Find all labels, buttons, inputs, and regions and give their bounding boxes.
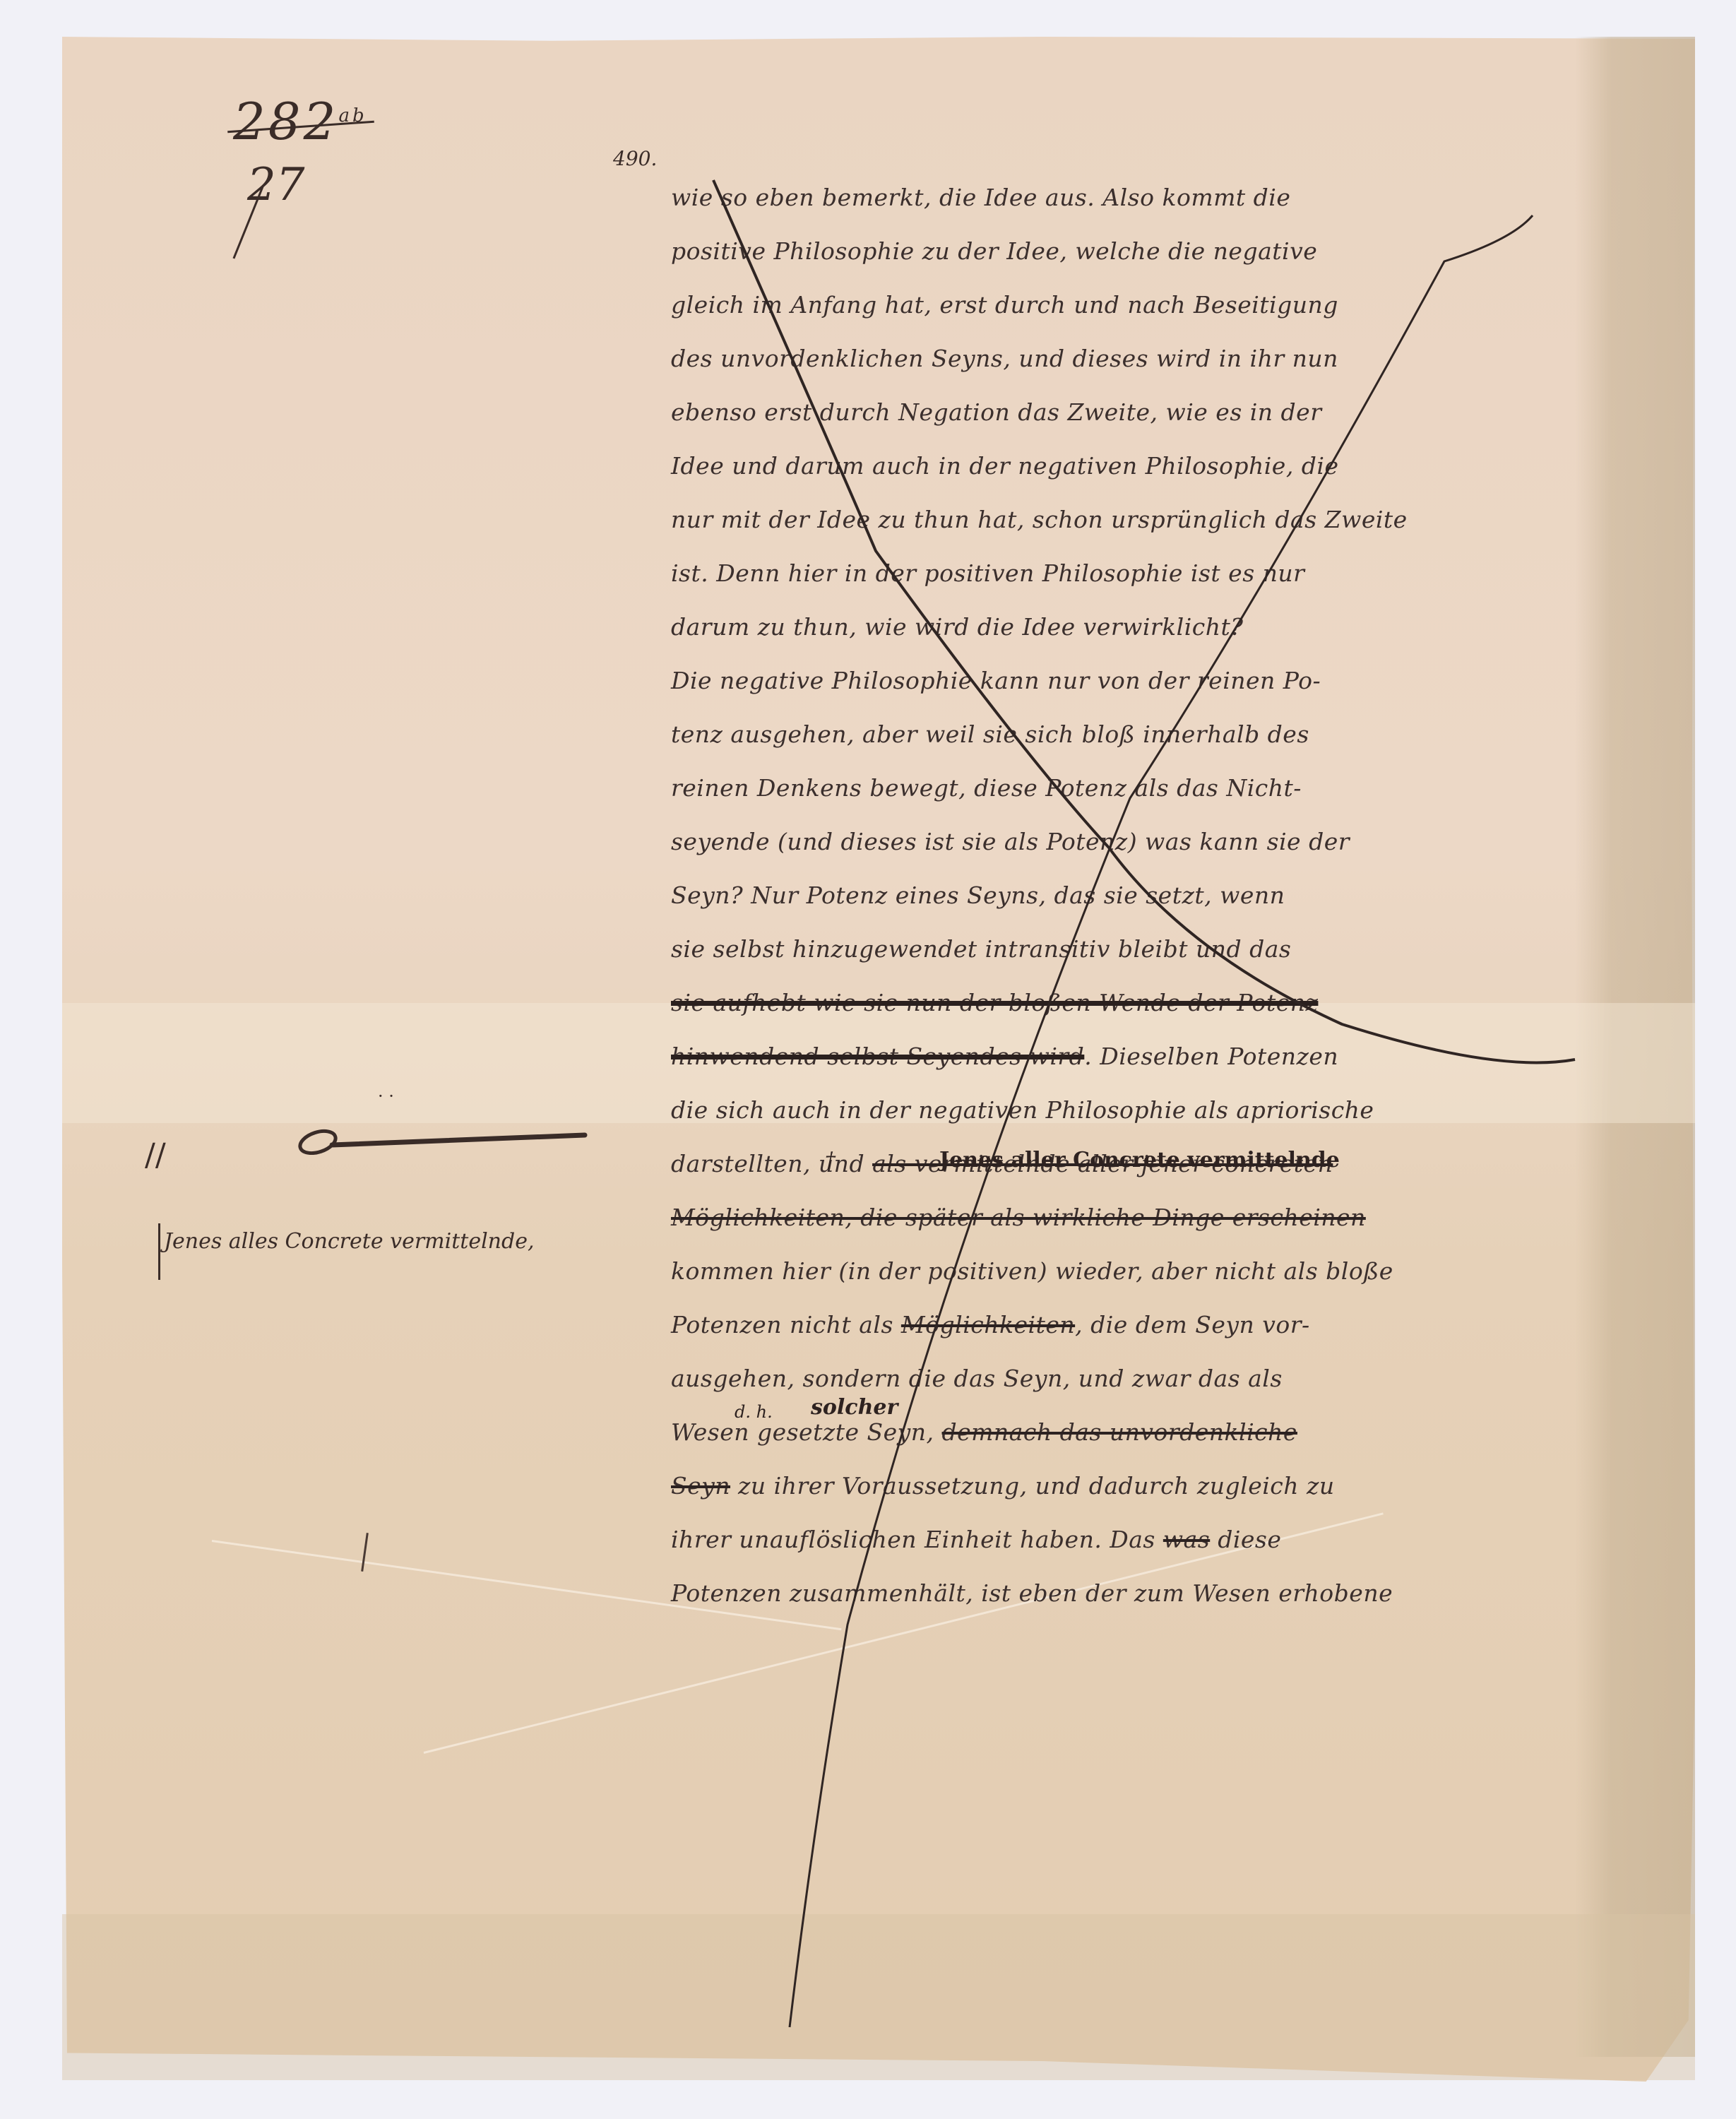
insertion-marker: † — [825, 1148, 836, 1173]
interlinear-insertion-dh: d. h. — [735, 1402, 773, 1422]
line-text: gleich im Anfang hat, erst durch und nac… — [671, 291, 1338, 319]
line-text: Potenzen zusammenhält, ist eben der zum … — [671, 1579, 1393, 1607]
manuscript-line: ist. Denn hier in der positiven Philosop… — [671, 559, 1554, 613]
line-text: ebenso erst durch Negation das Zweite, w… — [671, 398, 1321, 426]
folio-number-text: 282 — [233, 92, 338, 151]
manuscript-line: tenz ausgehen, aber weil sie sich bloß i… — [671, 720, 1554, 774]
manuscript-line: nur mit der Idee zu thun hat, schon ursp… — [671, 506, 1554, 559]
manuscript-text-block: wie so eben bemerkt, die Idee aus. Also … — [671, 184, 1554, 1633]
line-text: darum zu thun, wie wird die Idee verwirk… — [671, 613, 1243, 641]
line-text: reinen Denkens bewegt, diese Potenz als … — [671, 774, 1302, 802]
line-text: , die dem Seyn vor- — [1075, 1311, 1310, 1339]
manuscript-line: sie selbst hinzugewendet intransitiv ble… — [671, 935, 1554, 989]
manuscript-line: gleich im Anfang hat, erst durch und nac… — [671, 291, 1554, 345]
manuscript-line: darum zu thun, wie wird die Idee verwirk… — [671, 613, 1554, 667]
manuscript-line: positive Philosophie zu der Idee, welche… — [671, 237, 1554, 291]
line-text: seyende (und dieses ist sie als Potenz) … — [671, 828, 1350, 855]
folio-number: 282ab — [233, 92, 367, 151]
interlinear-insertion: Jenes aller Concrete vermittelnde — [939, 1148, 1340, 1173]
line-text: . Dieselben Potenzen — [1084, 1043, 1338, 1070]
manuscript-line: des unvordenklichen Seyns, und dieses wi… — [671, 345, 1554, 398]
manuscript-line: wie so eben bemerkt, die Idee aus. Also … — [671, 184, 1554, 237]
line-text: ihrer unauflöslichen Einheit haben. Das — [671, 1526, 1163, 1553]
line-text: Wesen gesetzte Seyn, — [671, 1418, 942, 1446]
line-text: tenz ausgehen, aber weil sie sich bloß i… — [671, 720, 1309, 748]
deleted-text: was — [1163, 1526, 1210, 1553]
line-text: nur mit der Idee zu thun hat, schon ursp… — [671, 506, 1408, 533]
line-text: positive Philosophie zu der Idee, welche… — [671, 237, 1317, 265]
deleted-text: Möglichkeiten, die später als wirkliche … — [671, 1204, 1366, 1231]
line-text: des unvordenklichen Seyns, und dieses wi… — [671, 345, 1338, 372]
manuscript-line: die sich auch in der negativen Philosoph… — [671, 1096, 1554, 1150]
manuscript-line: seyende (und dieses ist sie als Potenz) … — [671, 828, 1554, 882]
manuscript-line: ausgehen, sondern die das Seyn, und zwar… — [671, 1365, 1554, 1418]
page-number: 490. — [613, 147, 657, 170]
manuscript-line: Potenzen zusammenhält, ist eben der zum … — [671, 1579, 1554, 1633]
line-text: ist. Denn hier in der positiven Philosop… — [671, 559, 1304, 587]
line-text: kommen hier (in der positiven) wieder, a… — [671, 1257, 1393, 1285]
deleted-text: Möglichkeiten — [901, 1311, 1075, 1339]
manuscript-line: reinen Denkens bewegt, diese Potenz als … — [671, 774, 1554, 828]
line-text: nicht als — [790, 1311, 901, 1339]
manuscript-line: Seyn? Nur Potenz eines Seyns, das sie se… — [671, 882, 1554, 935]
line-text: Die negative Philosophie kann nur von de… — [671, 667, 1321, 694]
line-text: Idee und darum auch in der negativen Phi… — [671, 452, 1339, 480]
manuscript-line: Seyn zu ihrer Voraussetzung, und dadurch… — [671, 1472, 1554, 1526]
manuscript-line: sie aufhebt wie sie nun der bloßen Wende… — [671, 989, 1554, 1043]
manuscript-line: Möglichkeiten, die später als wirkliche … — [671, 1204, 1554, 1257]
line-text: ausgehen, sondern die das Seyn, und zwar… — [671, 1365, 1283, 1392]
deleted-text: hinwendend selbst Seyendes wird — [671, 1043, 1084, 1070]
line-text: diese — [1210, 1526, 1281, 1553]
deleted-text: demnach das unvordenkliche — [942, 1418, 1297, 1446]
line-text: Potenzen — [671, 1311, 790, 1339]
manuscript-line: Idee und darum auch in der negativen Phi… — [671, 452, 1554, 506]
deleted-text: sie aufhebt wie sie nun der bloßen Wende… — [671, 989, 1318, 1016]
manuscript-line: ebenso erst durch Negation das Zweite, w… — [671, 398, 1554, 452]
manuscript-line: kommen hier (in der positiven) wieder, a… — [671, 1257, 1554, 1311]
deleted-text: Seyn — [671, 1472, 730, 1500]
manuscript-line: Wesen gesetzte Seyn, demnach das unvorde… — [671, 1418, 1554, 1472]
line-text: wie so eben bemerkt, die Idee aus. Also … — [671, 184, 1290, 211]
margin-dots: · · — [378, 1086, 394, 1106]
manuscript-line: ihrer unauflöslichen Einheit haben. Das … — [671, 1526, 1554, 1579]
margin-hash-mark: // — [145, 1137, 166, 1173]
manuscript-line: hinwendend selbst Seyendes wird. Dieselb… — [671, 1043, 1554, 1096]
line-text: die sich auch in der negativen Philosoph… — [671, 1096, 1374, 1124]
margin-loop-mark — [297, 1127, 593, 1155]
margin-note: Jenes alles Concrete vermittelnde, — [164, 1229, 535, 1254]
line-text: zu ihrer Voraussetzung, und dadurch zugl… — [730, 1472, 1335, 1500]
line-text: Seyn? Nur Potenz eines Seyns, das sie se… — [671, 882, 1285, 909]
line-text: sie selbst hinzugewendet intransitiv ble… — [671, 935, 1291, 963]
manuscript-line: Die negative Philosophie kann nur von de… — [671, 667, 1554, 720]
paper-bottom-band — [62, 1914, 1695, 2080]
line-text: darstellten, und — [671, 1150, 872, 1177]
manuscript-line: Potenzen nicht als Möglichkeiten, die de… — [671, 1311, 1554, 1365]
interlinear-insertion-solcher: solcher — [811, 1395, 898, 1420]
